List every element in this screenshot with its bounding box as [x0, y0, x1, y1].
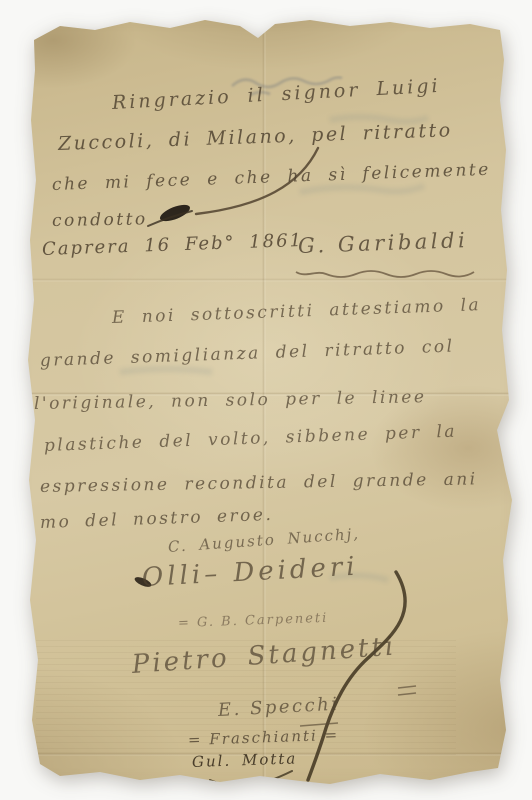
garibaldi-underline	[296, 271, 474, 277]
manuscript-paper: Ringrazio il signor Luigi Zuccoli, di Mi…	[0, 0, 532, 800]
ink-blot	[148, 201, 192, 226]
letter-line: che mi fece e che ha sì felicemente	[52, 160, 491, 195]
paper-shadow: Ringrazio il signor Luigi Zuccoli, di Mi…	[0, 0, 532, 800]
witness-signature: Gul. Motta	[192, 749, 298, 771]
witness-signature: = G. B. Carpeneti	[178, 611, 329, 631]
dateline: Caprera 16 Feb° 1861	[42, 230, 304, 260]
attestation-line: espressione recondita del grande ani	[40, 469, 478, 497]
motta-flourish	[210, 771, 292, 787]
attestation-line: E noi sottoscritti attestiamo la	[112, 295, 482, 328]
horizontal-fold-crease-upper	[0, 278, 532, 282]
witness-signature: C. Augusto Nucchj,	[167, 525, 360, 556]
attestation-line: l'originale, non solo per le linee	[34, 387, 427, 414]
attestation-line: plastiche del volto, sibbene per la	[44, 422, 458, 456]
garibaldi-signature: G. Garibaldi	[298, 228, 469, 258]
letter-line: Zuccoli, di Milano, pel ritratto	[58, 119, 453, 155]
letter-line: Ringrazio il signor Luigi	[111, 75, 441, 114]
photo-background: Ringrazio il signor Luigi Zuccoli, di Mi…	[0, 0, 532, 800]
witness-signature: Olli– Deideri	[141, 552, 359, 593]
attestation-line: mo del nostro eroe.	[40, 505, 274, 533]
attestation-line: grande somiglianza del ritratto col	[40, 337, 455, 371]
letter-line: condotto	[52, 209, 148, 231]
